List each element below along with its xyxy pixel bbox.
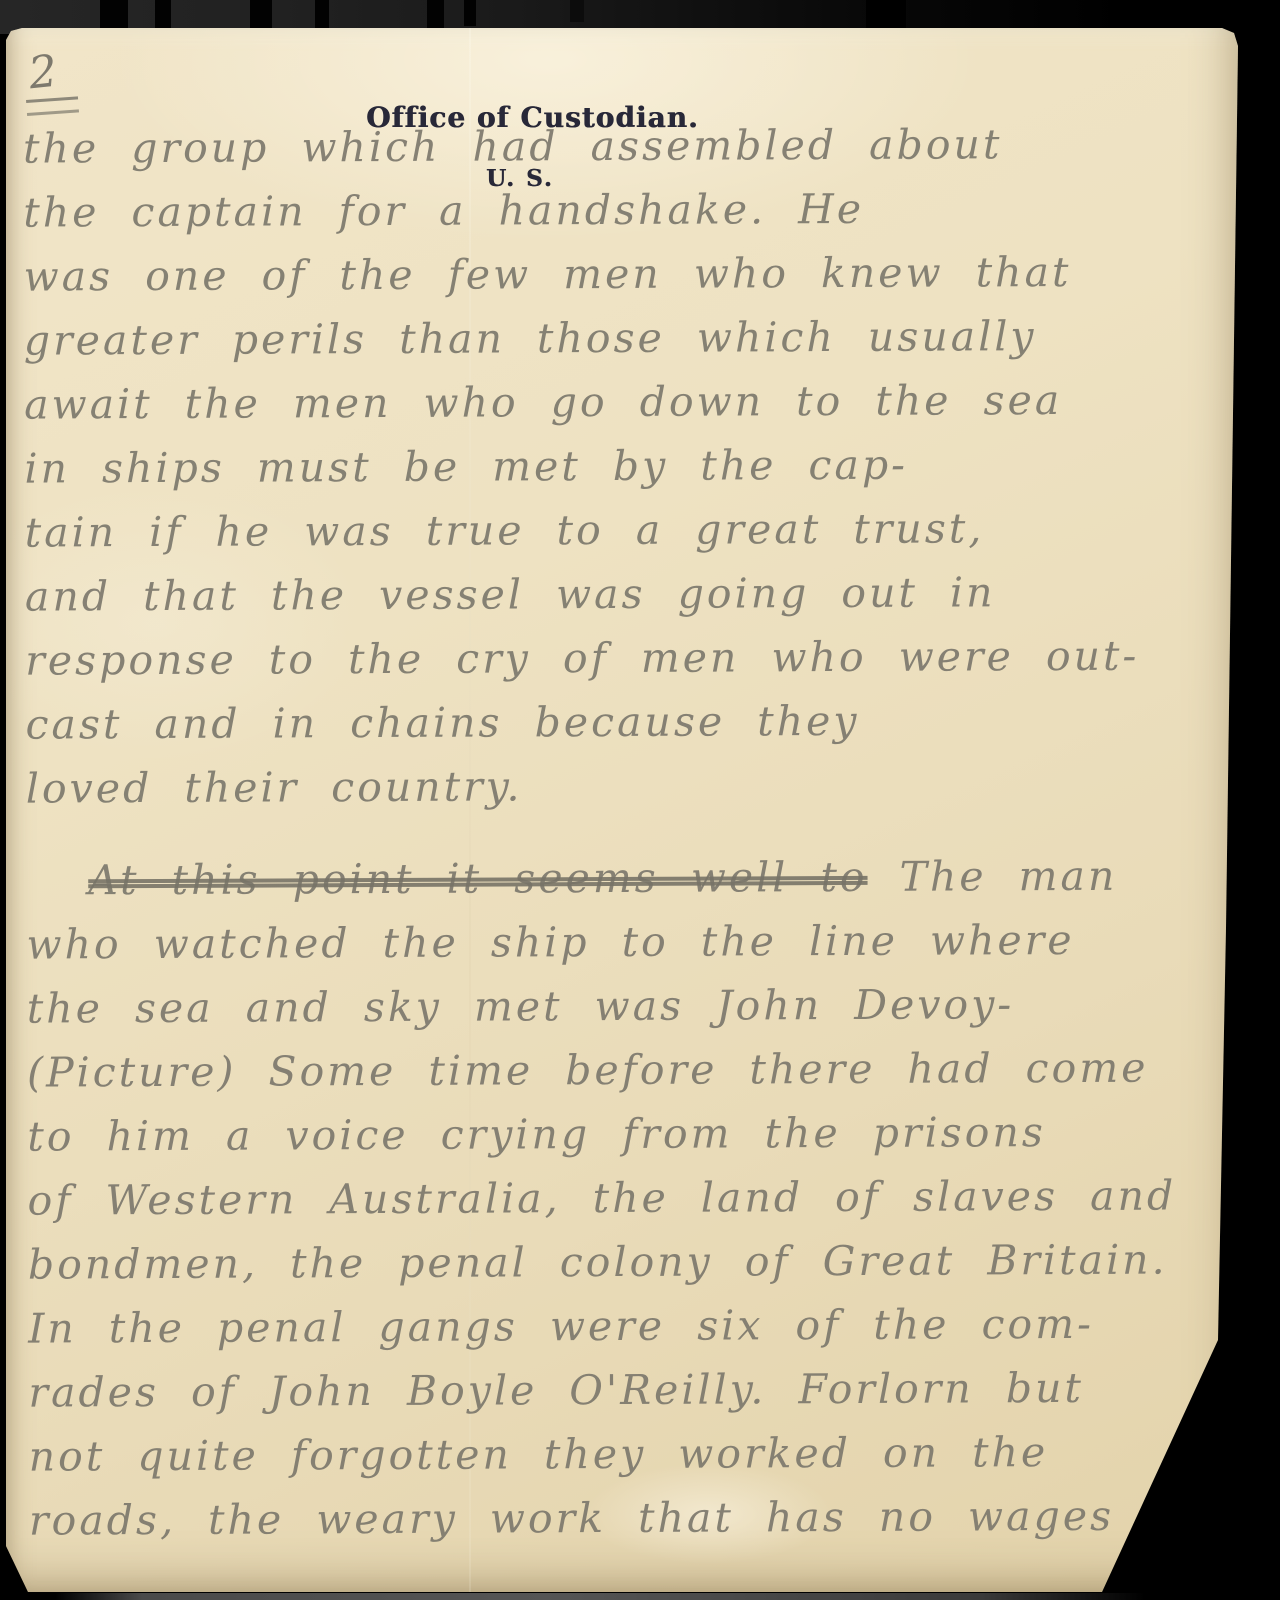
manuscript-paragraph: At this point it seems well to The manwh…	[26, 843, 1209, 1552]
manuscript-line: greater perils than those which usually	[24, 303, 1204, 372]
manuscript: the group which had assembled aboutthe c…	[23, 111, 1209, 1552]
manuscript-line: and that the vessel was going out in	[25, 559, 1205, 628]
manuscript-line: not quite forgotten they worked on the	[29, 1419, 1209, 1488]
manuscript-paragraph: the group which had assembled aboutthe c…	[23, 111, 1206, 820]
scanned-manuscript-page: 2 Office of Custodian. U. S. the group w…	[0, 0, 1280, 1600]
manuscript-line: roads, the weary work that has no wages	[29, 1483, 1209, 1552]
scanner-shadow-bar	[464, 0, 476, 26]
manuscript-line: who watched the ship to the line where	[26, 907, 1206, 976]
manuscript-line: (Picture) Some time before there had com…	[27, 1035, 1207, 1104]
manuscript-line: cast and in chains because they	[25, 687, 1205, 756]
manuscript-line: loved their country.	[26, 751, 1206, 820]
manuscript-line: bondmen, the penal colony of Great Brita…	[28, 1227, 1208, 1296]
scanner-shadow-bar	[250, 0, 272, 32]
page-number: 2	[27, 48, 79, 116]
scanner-shadow-bar	[315, 0, 329, 28]
manuscript-text: The man	[867, 852, 1117, 901]
manuscript-line: At this point it seems well to The man	[26, 843, 1206, 912]
manuscript-line: tain if he was true to a great trust,	[25, 495, 1205, 564]
manuscript-line: the group which had assembled about	[23, 111, 1203, 180]
paper-sheet: 2 Office of Custodian. U. S. the group w…	[6, 28, 1238, 1592]
scanner-shadow-bar	[427, 0, 444, 31]
manuscript-line: in ships must be met by the cap-	[24, 431, 1204, 500]
scanner-shadow-bar	[866, 0, 906, 30]
manuscript-line: of Western Australia, the land of slaves…	[27, 1163, 1207, 1232]
page-number-underline	[26, 96, 79, 116]
scanner-shadow-bar	[570, 0, 584, 22]
manuscript-line: In the penal gangs were six of the com-	[28, 1291, 1208, 1360]
page-number-value: 2	[26, 46, 59, 100]
manuscript-line: the captain for a handshake. He	[23, 175, 1203, 244]
struck-text: At this point it seems well to	[88, 853, 868, 904]
scanner-bed-edge	[55, 1593, 1145, 1600]
manuscript-line: await the men who go down to the sea	[24, 367, 1204, 436]
scanner-shadow-bar	[100, 0, 128, 31]
manuscript-line: response to the cry of men who were out-	[25, 623, 1205, 692]
manuscript-line: to him a voice crying from the prisons	[27, 1099, 1207, 1168]
manuscript-line: was one of the few men who knew that	[23, 239, 1203, 308]
scanner-shadow-bar	[155, 0, 171, 28]
manuscript-line: rades of John Boyle O'Reilly. Forlorn bu…	[28, 1355, 1208, 1424]
manuscript-line: the sea and sky met was John Devoy-	[27, 971, 1207, 1040]
